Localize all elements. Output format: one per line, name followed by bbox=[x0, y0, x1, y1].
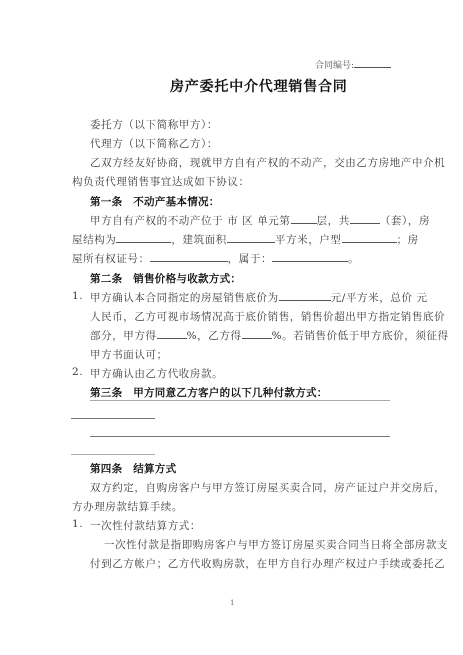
text: ，属于： bbox=[228, 253, 272, 265]
page-number: 1 bbox=[230, 599, 234, 607]
payment-method-line-2-end bbox=[71, 454, 155, 455]
text: （套），房 bbox=[380, 215, 430, 227]
article-4-item-1-desc-line-1: 一次性付款是指即购房客户与甲方签订房屋买卖合同当日将全部房款支 bbox=[104, 537, 448, 552]
structure-blank bbox=[116, 232, 171, 243]
article-1-line-3: 屋所有权证号：，属于：。 bbox=[72, 251, 359, 266]
article-4-item-1-desc-line-2: 付到乙方帐户；乙方代收购房款，在甲方自行办理产权过户手续或委托乙 bbox=[90, 556, 445, 571]
document-title: 房产委托中介代理销售合同 bbox=[170, 76, 348, 96]
text: 部分，甲方得 bbox=[90, 330, 157, 342]
article-2-heading: 第二条 销售价格与收款方式： bbox=[90, 271, 241, 286]
article-2-item-1-line-2: 人民币，乙方可视市场情况高于底价销售，销售价超出甲方指定销售底价 bbox=[90, 309, 445, 324]
text: 甲方自有产权的不动产位于 市 区 单元第 bbox=[90, 215, 291, 227]
article-4-heading: 第四条 结算方式 bbox=[90, 461, 176, 476]
intro-line-2: 构负责代理销售事宜达成如下协议： bbox=[72, 174, 250, 189]
floor-blank bbox=[291, 213, 317, 224]
party-a-percent-blank bbox=[157, 328, 187, 339]
text: 屋所有权证号： bbox=[72, 253, 150, 265]
article-3-heading: 第三条 甲方同意乙方客户的以下几种付款方式： bbox=[90, 385, 328, 400]
article-2-item-1-line-1: 甲方确认本合同指定的房屋销售底价为元/平方米，总价 元 bbox=[90, 290, 428, 305]
text: 屋结构为 bbox=[72, 234, 116, 246]
payment-method-line-1-end bbox=[71, 418, 155, 419]
belongs-to-blank bbox=[272, 251, 348, 262]
text: ，建筑面积 bbox=[171, 234, 227, 246]
area-blank bbox=[227, 232, 275, 243]
agent-party: 代理方（以下简称乙方）： bbox=[90, 136, 218, 151]
article-1-line-2: 屋结构为，建筑面积平方米，户型；房 bbox=[72, 232, 419, 247]
article-4-item-1: 一次性付款结算方式： bbox=[90, 518, 201, 533]
text: 甲方确认本合同指定的房屋销售底价为 bbox=[90, 292, 279, 304]
text: 平方米，户型 bbox=[275, 234, 342, 246]
principal-party: 委托方（以下简称甲方）： bbox=[90, 117, 218, 132]
total-blank bbox=[350, 213, 380, 224]
layout-blank bbox=[342, 232, 397, 243]
article-1-heading: 第一条 不动产基本情况： bbox=[90, 194, 220, 209]
payment-method-line-2 bbox=[90, 436, 390, 437]
certificate-blank bbox=[150, 251, 228, 262]
party-b-percent-blank bbox=[242, 328, 272, 339]
contract-number-blank bbox=[354, 57, 391, 68]
text: %。若销售价低于甲方底价，须征得 bbox=[272, 330, 449, 342]
intro-line-1: 乙双方经友好协商，现就甲方自有产权的不动产，交由乙方房地产中介机 bbox=[90, 155, 445, 170]
text: 。 bbox=[348, 253, 359, 265]
text: ；房 bbox=[397, 234, 419, 246]
contract-number-label: 合同编号: bbox=[315, 61, 354, 71]
article-1-line-1: 甲方自有产权的不动产位于 市 区 单元第层，共（套），房 bbox=[90, 213, 430, 228]
article-2-item-1-line-4: 甲方书面认可； bbox=[90, 347, 168, 362]
article-4-para-line-2: 方办理房款结算手续。 bbox=[72, 499, 183, 514]
article-2-item-2-number: 2. bbox=[72, 366, 83, 378]
text: 元/平方米，总价 元 bbox=[331, 292, 428, 304]
contract-number: 合同编号: bbox=[315, 57, 391, 71]
payment-method-line-1 bbox=[90, 400, 390, 401]
article-2-item-2: 甲方确认由乙方代收房款。 bbox=[90, 366, 223, 381]
article-2-item-1-number: 1. bbox=[72, 290, 83, 302]
text: %，乙方得 bbox=[187, 330, 242, 342]
article-2-item-1-line-3: 部分，甲方得%，乙方得%。若销售价低于甲方底价，须征得 bbox=[90, 328, 449, 343]
article-4-item-1-number: 1. bbox=[72, 518, 83, 530]
article-4-para-line-1: 双方约定，自购房客户与甲方签订房屋买卖合同，房产证过户并交房后， bbox=[90, 480, 445, 495]
text: 层，共 bbox=[317, 215, 350, 227]
unit-price-blank bbox=[279, 290, 331, 301]
